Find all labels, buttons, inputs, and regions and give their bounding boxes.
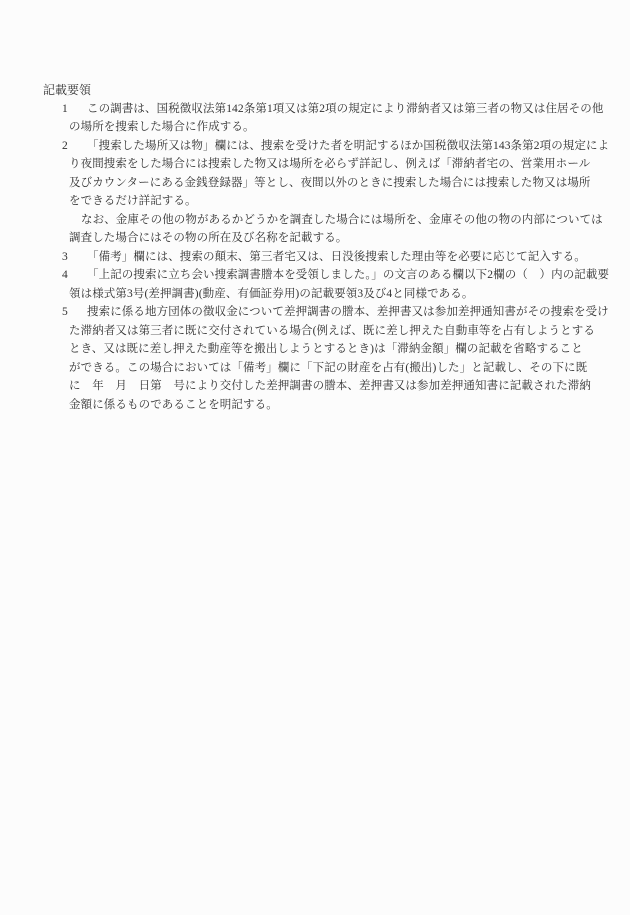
line-text: ができる。この場合においては「備考」欄に「下記の財産を占有(搬出)した」と記載し… (69, 362, 587, 374)
line-text: 調査した場合にはその物の所在及び名称を記載する。 (69, 232, 347, 244)
line-text: なお、金庫その他の物があるかどうかを調査した場合には場所を、金庫その他の物の内部… (81, 214, 603, 226)
line-text: この調書は、国税徴収法第142条第1項又は第2項の規定により滞納者又は第三者の物… (87, 103, 603, 115)
document-page: 記載要領 1この調書は、国税徴収法第142条第1項又は第2項の規定により滞納者又… (0, 0, 630, 915)
instruction-line: の場所を捜索した場合に作成する。 (0, 118, 630, 137)
line-text: た滞納者又は第三者に既に交付されている場合(例えば、既に差し押えた自動車等を占有… (69, 325, 595, 337)
instruction-line: 及びカウンターにある金銭登録器」等とし、夜間以外のときに捜索した場合には捜索した… (0, 174, 630, 193)
line-text: 金額に係るものであることを明記する。 (69, 399, 278, 411)
line-text: をできるだけ詳記する。 (69, 195, 197, 207)
instruction-item-line: 3「備考」欄には、捜索の顛末、第三者宅又は、日没後捜索した理由等を必要に応じて記… (0, 248, 630, 267)
item-number: 5 (62, 303, 87, 322)
instruction-line: 金額に係るものであることを明記する。 (0, 396, 630, 415)
item-number: 2 (62, 137, 87, 156)
instruction-item-line: 1この調書は、国税徴収法第142条第1項又は第2項の規定により滞納者又は第三者の… (0, 100, 630, 119)
instruction-line: 調査した場合にはその物の所在及び名称を記載する。 (0, 229, 630, 248)
line-text: 領は様式第3号(差押調書)(動産、有価証券用)の記載要領3及び4と同様である。 (69, 288, 473, 300)
instruction-line: た滞納者又は第三者に既に交付されている場合(例えば、既に差し押えた自動車等を占有… (0, 322, 630, 341)
line-text: 「備考」欄には、捜索の顛末、第三者宅又は、日没後捜索した理由等を必要に応じて記入… (87, 251, 586, 263)
instruction-item-line: 5捜索に係る地方団体の徴収金について差押調書の謄本、差押書又は参加差押通知書がそ… (0, 303, 630, 322)
line-text: 「捜索した場所又は物」欄には、捜索を受けた者を明記するほか国税徴収法第143条第… (87, 140, 609, 152)
line-text: とき、又は既に差し押えた動産等を搬出しようとするとき)は「滞納金額」欄の記載を省… (69, 343, 583, 355)
line-text: 「上記の捜索に立ち会い捜索調書謄本を受領しました。」の文言のある欄以下2欄の（ … (87, 269, 609, 281)
instruction-line: り夜間捜索をした場合には捜索した物又は場所を必らず詳記し、例えば「滞納者宅の、営… (0, 155, 630, 174)
item-number: 4 (62, 266, 87, 285)
instruction-line: をできるだけ詳記する。 (0, 192, 630, 211)
instruction-line: なお、金庫その他の物があるかどうかを調査した場合には場所を、金庫その他の物の内部… (0, 211, 630, 230)
line-text: に 年 月 日第 号により交付した差押調書の謄本、差押書又は参加差押通知書に記載… (69, 380, 591, 392)
line-text: 及びカウンターにある金銭登録器」等とし、夜間以外のときに捜索した場合には捜索した… (69, 177, 591, 189)
item-number: 1 (62, 100, 87, 119)
page-title: 記載要領 (0, 81, 630, 100)
line-text: り夜間捜索をした場合には捜索した物又は場所を必らず詳記し、例えば「滞納者宅の、営… (69, 158, 590, 170)
document-body: 記載要領 1この調書は、国税徴収法第142条第1項又は第2項の規定により滞納者又… (0, 81, 630, 414)
instruction-line: ができる。この場合においては「備考」欄に「下記の財産を占有(搬出)した」と記載し… (0, 359, 630, 378)
instruction-line: に 年 月 日第 号により交付した差押調書の謄本、差押書又は参加差押通知書に記載… (0, 377, 630, 396)
instruction-line: 領は様式第3号(差押調書)(動産、有価証券用)の記載要領3及び4と同様である。 (0, 285, 630, 304)
instruction-item-line: 4「上記の捜索に立ち会い捜索調書謄本を受領しました。」の文言のある欄以下2欄の（… (0, 266, 630, 285)
item-number: 3 (62, 248, 87, 267)
instruction-line: とき、又は既に差し押えた動産等を搬出しようとするとき)は「滞納金額」欄の記載を省… (0, 340, 630, 359)
instruction-item-line: 2「捜索した場所又は物」欄には、捜索を受けた者を明記するほか国税徴収法第143条… (0, 137, 630, 156)
line-text: 捜索に係る地方団体の徴収金について差押調書の謄本、差押書又は参加差押通知書がその… (87, 306, 609, 318)
line-text: の場所を捜索した場合に作成する。 (69, 121, 255, 133)
